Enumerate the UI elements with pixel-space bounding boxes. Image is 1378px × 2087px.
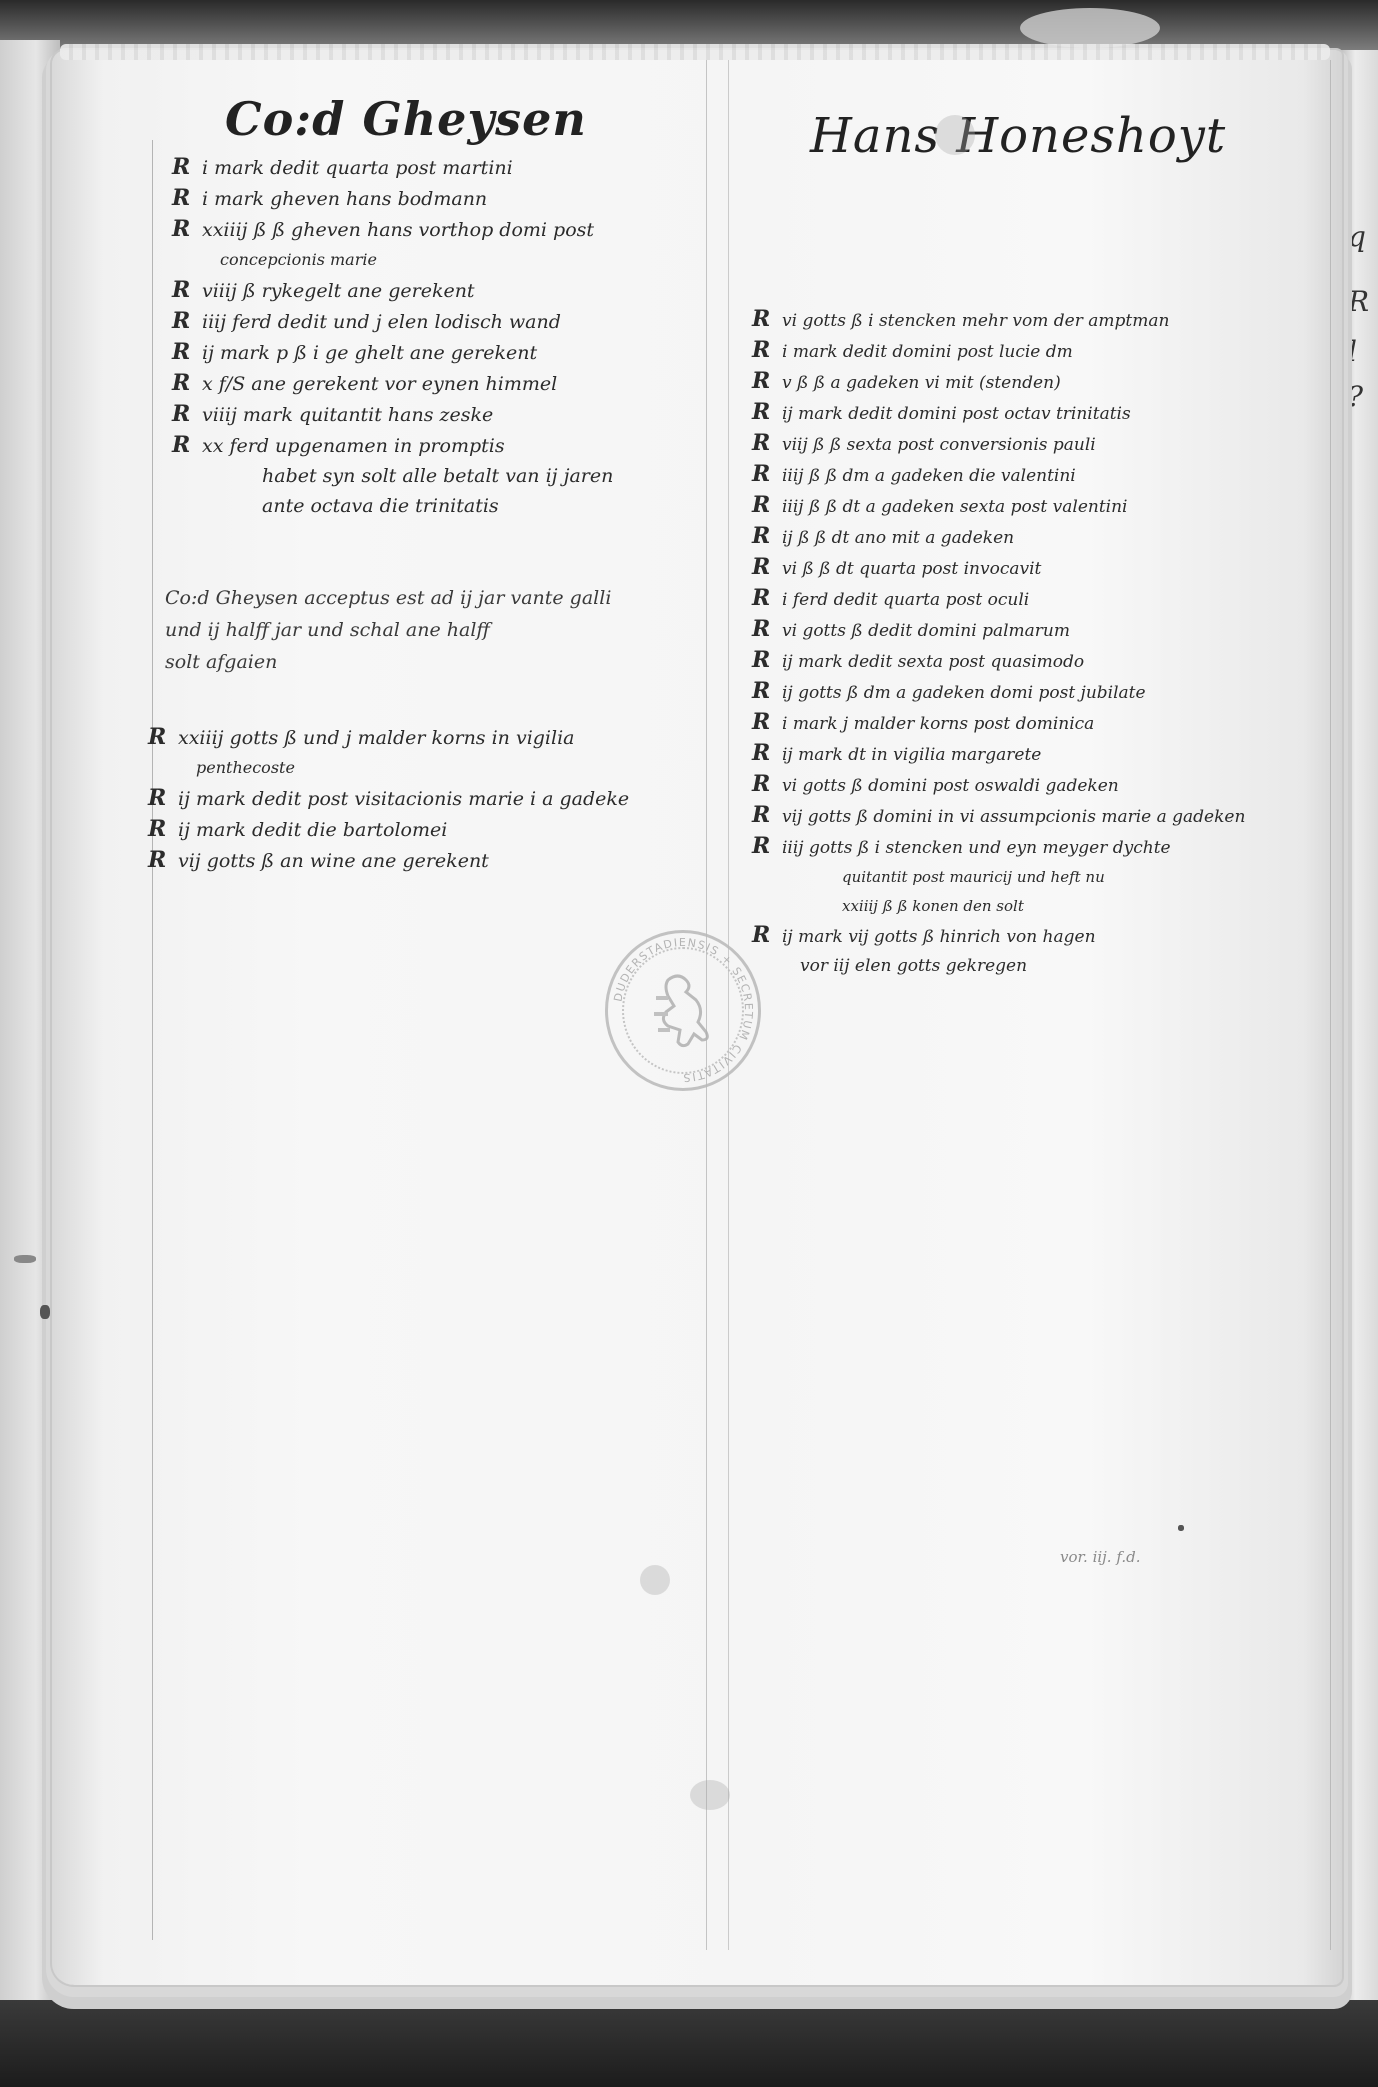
ledger-entry-continuation: penthecoste <box>148 753 748 783</box>
ledger-entry: Rvij gotts ß an wine ane gerekent <box>148 845 748 876</box>
ledger-entry: Rij ß ß dt ano mit a gadeken <box>752 522 1332 553</box>
ledger-entry-continuation: quitantit post mauricij und heft nu <box>752 863 1332 892</box>
scan-bottom-shadow <box>0 2000 1378 2087</box>
margin-glyph: R <box>1348 285 1369 318</box>
note-line: Co:d Gheysen acceptus est ad ij jar vant… <box>165 582 725 614</box>
margin-glyph: q <box>1348 220 1366 253</box>
ledger-entry: Ri mark dedit quarta post martini <box>172 152 732 183</box>
left-margin-rule <box>152 140 153 1940</box>
ledger-entry: Rvi gotts ß dedit domini palmarum <box>752 615 1332 646</box>
ledger-entry: Ri mark j malder korns post dominica <box>752 708 1332 739</box>
ledger-entry: Rvij gotts ß domini in vi assumpcionis m… <box>752 801 1332 832</box>
right-entries: Rvi gotts ß i stencken mehr vom der ampt… <box>752 305 1332 981</box>
ledger-entry: Ri mark dedit domini post lucie dm <box>752 336 1332 367</box>
margin-glyph: l <box>1348 335 1357 368</box>
ledger-entry: Rvi gotts ß i stencken mehr vom der ampt… <box>752 305 1332 336</box>
ledger-entry: Riiij ß ß dm a gadeken die valentini <box>752 460 1332 491</box>
ledger-entry: Rxxiiij gotts ß und j malder korns in vi… <box>148 722 748 753</box>
ledger-entry: Rij mark dedit domini post octav trinita… <box>752 398 1332 429</box>
ledger-entry: Rij mark vij gotts ß hinrich von hagen <box>752 921 1332 952</box>
paper-smudge <box>690 1780 730 1810</box>
ledger-entry: Riiij ß ß dt a gadeken sexta post valent… <box>752 491 1332 522</box>
note-line: solt afgaien <box>165 646 725 678</box>
ledger-entry: Rviiij mark quitantit hans zeske <box>172 399 732 430</box>
ledger-entry: Rviij ß ß sexta post conversionis pauli <box>752 429 1332 460</box>
ledger-entry: Rij mark p ß i ge ghelt ane gerekent <box>172 337 732 368</box>
note-line: und ij halff jar und schal ane halff <box>165 614 725 646</box>
right-heading: Hans Honeshoyt <box>810 108 1226 164</box>
page-top-edge <box>60 44 1330 60</box>
ledger-entry: Rij mark dt in vigilia margarete <box>752 739 1332 770</box>
ledger-entry: Rij mark dedit die bartolomei <box>148 814 748 845</box>
ledger-entry: Rxx ferd upgenamen in promptis <box>172 430 732 461</box>
paper-smudge <box>935 115 975 155</box>
ledger-entry: Rvi ß ß dt quarta post invocavit <box>752 553 1332 584</box>
ink-speck <box>1178 1525 1184 1531</box>
left-page-edge <box>0 40 60 2030</box>
left-entries-2: Rxxiiij gotts ß und j malder korns in vi… <box>148 722 748 876</box>
ledger-entry: Rij mark dedit post visitacionis marie i… <box>148 783 748 814</box>
lion-rampant-icon <box>648 968 718 1053</box>
ledger-entry: Rij mark dedit sexta post quasimodo <box>752 646 1332 677</box>
ledger-entry: Riiij ferd dedit und j elen lodisch wand <box>172 306 732 337</box>
ledger-entry-continuation: vor iij elen gotts gekregen <box>752 952 1332 981</box>
ledger-entry-continuation: xxiiij ß ß konen den solt <box>752 892 1332 921</box>
binding-lump <box>1020 8 1160 48</box>
ledger-entry: Ri ferd dedit quarta post oculi <box>752 584 1332 615</box>
ledger-entry-continuation: habet syn solt alle betalt van ij jaren <box>172 461 732 491</box>
adjacent-page-edge: q R l ? <box>1340 50 1378 2000</box>
ledger-entry: Ri mark gheven hans bodmann <box>172 183 732 214</box>
ink-speck <box>14 1255 36 1263</box>
left-heading: Co:d Gheysen <box>225 92 587 146</box>
faint-note: vor. iij. f.d. <box>1060 1548 1141 1566</box>
archive-stamp: DUDERSTADIENSIS + SECRETUM CIVITATIS <box>605 930 761 1091</box>
ledger-entry: Rviiij ß rykegelt ane gerekent <box>172 275 732 306</box>
left-entries: Ri mark dedit quarta post martini Ri mar… <box>172 152 732 521</box>
left-note-block: Co:d Gheysen acceptus est ad ij jar vant… <box>165 582 725 678</box>
ledger-entry: Rxxiiij ß ß gheven hans vorthop domi pos… <box>172 214 732 245</box>
ledger-entry: Rvi gotts ß domini post oswaldi gadeken <box>752 770 1332 801</box>
ledger-entry: Rx f/S ane gerekent vor eynen himmel <box>172 368 732 399</box>
ledger-entry: Rij gotts ß dm a gadeken domi post jubil… <box>752 677 1332 708</box>
paper-smudge <box>640 1565 670 1595</box>
ledger-entry: Riiij gotts ß i stencken und eyn meyger … <box>752 832 1332 863</box>
ledger-entry-continuation: concepcionis marie <box>172 245 732 275</box>
margin-glyph: ? <box>1348 380 1363 413</box>
ledger-entry-continuation: ante octava die trinitatis <box>172 491 732 521</box>
ledger-entry: Rv ß ß a gadeken vi mit (stenden) <box>752 367 1332 398</box>
ink-speck <box>40 1305 50 1319</box>
